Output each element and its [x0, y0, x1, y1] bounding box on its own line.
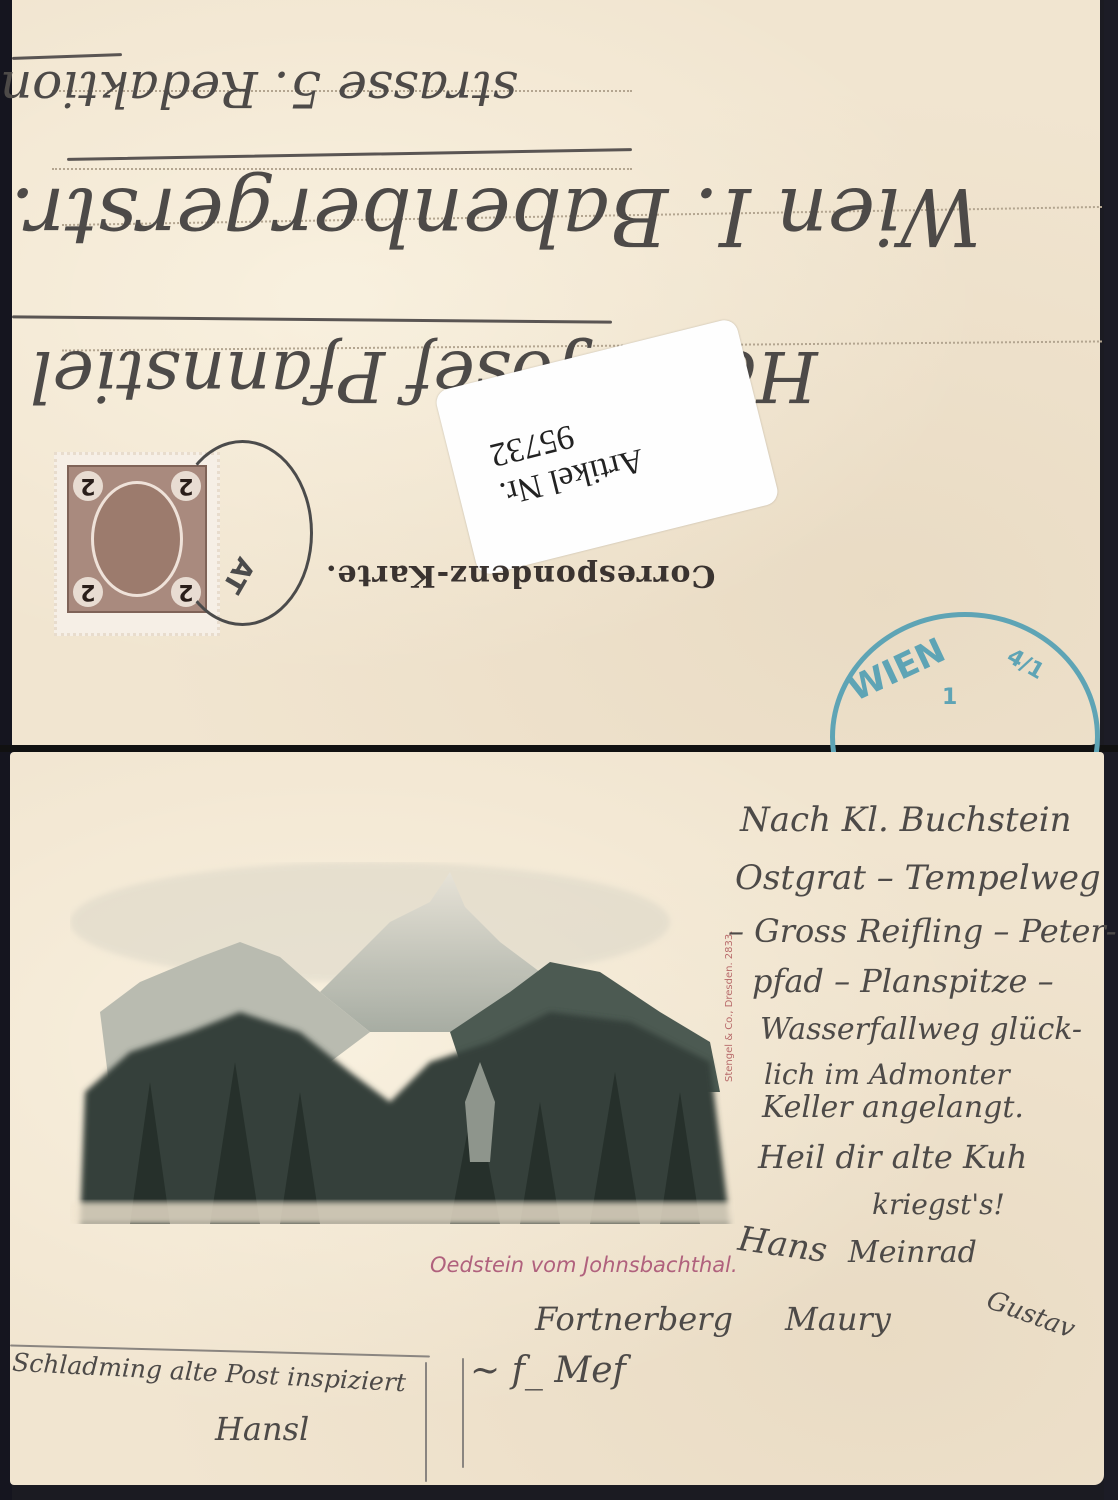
pen-stroke [462, 1358, 464, 1468]
publisher-imprint: Stengel & Co., Dresden. 2833. [724, 931, 735, 1082]
message-line: kriegst's! [872, 1188, 1005, 1221]
message-line: Heil dir alte Kuh [758, 1138, 1027, 1176]
postmark-blue-district: 1 [942, 685, 957, 710]
pen-stroke [67, 148, 632, 161]
message-line: – Gross Reifling – Peter- [728, 912, 1117, 950]
card-type-heading: Correspondenz-Karte. [325, 558, 715, 593]
address-handwriting-top: strasse 5. Redaktion [0, 60, 518, 118]
message-line: Ostgrat – Tempelweg [735, 858, 1101, 898]
signature: Fortnerberg [535, 1300, 733, 1338]
message-line: Nach Kl. Buchstein [740, 800, 1071, 840]
stamp-portrait-oval [91, 481, 183, 597]
pen-stroke [12, 315, 612, 323]
message-line: lich im Admonter [764, 1058, 1010, 1091]
message-line: pfad – Planspitze – [752, 962, 1054, 1000]
pen-stroke [425, 1362, 427, 1482]
postmark-black-ring [172, 440, 313, 626]
stamp-denomination: 2 [73, 577, 103, 607]
mountain-photo [70, 862, 735, 1224]
pen-stroke [12, 53, 122, 60]
address-handwriting-city: Wien I. Babenbergerstr. [10, 170, 981, 263]
message-line: Keller angelangt. [762, 1090, 1024, 1125]
stamp-denomination: 2 [73, 471, 103, 501]
bottom-signature: Hansl [215, 1410, 309, 1448]
photo-caption: Oedstein vom Johnsbachthal. [430, 1253, 738, 1277]
signature: Maury [785, 1300, 891, 1338]
message-line: Wasserfallweg glück- [760, 1012, 1082, 1047]
signature: Meinrad [848, 1235, 977, 1270]
scribble-signature: ~ f_ Mef [470, 1350, 626, 1391]
